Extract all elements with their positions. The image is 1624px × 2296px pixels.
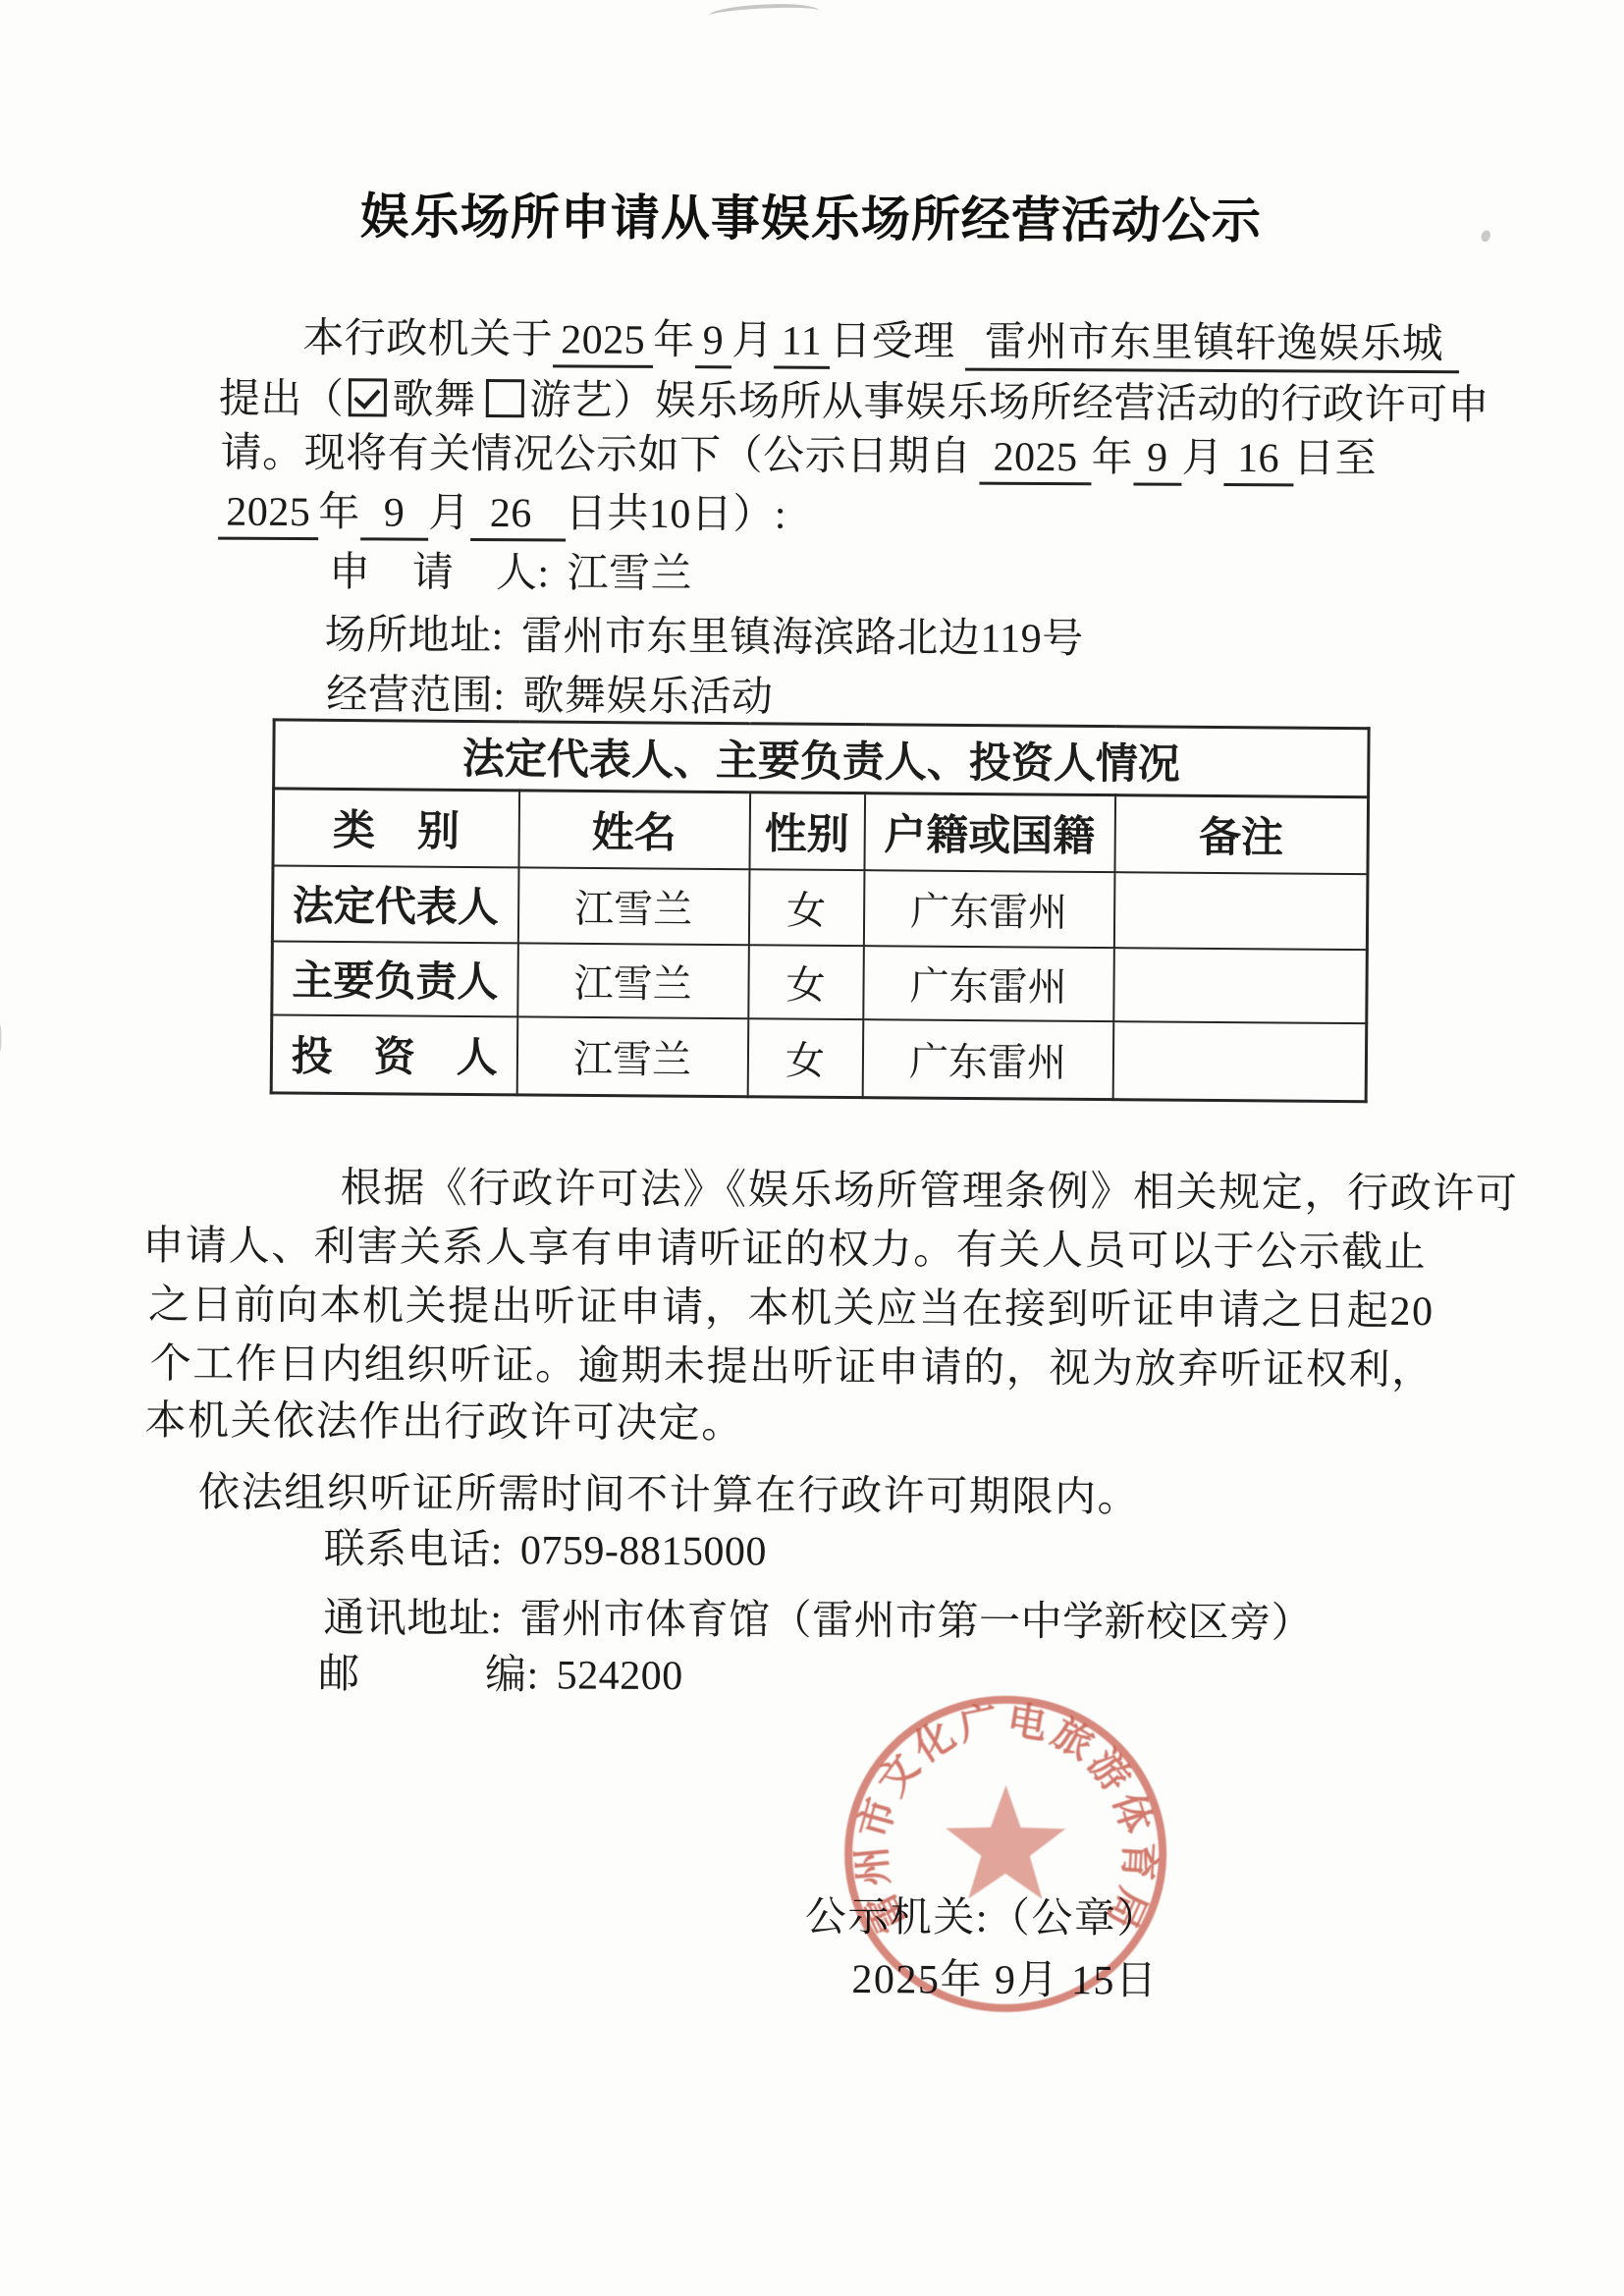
row-note (1113, 872, 1368, 950)
accept-month: 9 (695, 318, 732, 368)
row-gender: 女 (748, 869, 864, 946)
line2-post: ）娱乐场所从事娱乐场所经营活动的行政许可申 (613, 379, 1489, 429)
publish-end-month: 9 (360, 490, 429, 540)
row-origin: 广东雷州 (863, 870, 1114, 948)
field-address: 场所地址:雷州市东里镇海滨路北边119号 (324, 605, 1083, 670)
scan-artifact (0, 1021, 2, 1055)
row-name: 江雪兰 (516, 1016, 748, 1097)
line4-post: 日共10日）: (566, 491, 786, 537)
row-gender: 女 (747, 1018, 863, 1098)
page-title: 娱乐场所申请从事娱乐场所经营活动公示 (0, 175, 1623, 254)
scan-artifact (709, 2, 820, 25)
phone-value: 0759-8815000 (520, 1520, 767, 1582)
para1-line3: 请。现将有关情况公示如下（公示日期自2025年9月16日至 (220, 423, 1377, 490)
accept-day: 11 (774, 319, 831, 369)
option-singing-label: 歌舞 (392, 378, 475, 423)
line3-post: 日至 (1293, 436, 1377, 481)
unit-year3: 年 (318, 490, 360, 535)
line2-pre: 提出（ (219, 377, 345, 423)
persons-table: 法定代表人、主要负责人、投资人情况 类 别 姓名 性别 户籍或国籍 备注 法定代… (270, 718, 1371, 1103)
publish-start-year: 2025 (979, 435, 1091, 486)
scope-value: 歌舞娱乐活动 (522, 666, 773, 728)
unit-year2: 年 (1091, 435, 1133, 480)
row-origin: 广东雷州 (862, 1019, 1113, 1100)
publish-end-day: 26 (470, 491, 566, 542)
field-applicant: 申 请 人:江雪兰 (329, 542, 693, 605)
official-seal-stamp-icon: 雷州市文化广电旅游体育局 (832, 1688, 1179, 2026)
zip-label: 邮 编: (318, 1644, 539, 1706)
row-note (1113, 948, 1368, 1023)
para2-line2: 申请人、利害关系人享有申请听证的权力。有关人员可以于公示截止 (142, 1216, 1427, 1284)
unit-year: 年 (653, 318, 695, 363)
table-row: 投 资 人 江雪兰 女 广东雷州 (271, 1014, 1367, 1102)
col-header-name: 姓名 (518, 791, 750, 869)
table-row: 主要负责人 江雪兰 女 广东雷州 (272, 941, 1368, 1023)
option-games-label: 游艺 (529, 378, 613, 423)
col-header-category: 类 别 (273, 789, 519, 867)
publish-start-day: 16 (1223, 436, 1293, 486)
line3-pre: 请。现将有关情况公示如下（公示日期自 (220, 431, 971, 480)
document-content: 娱乐场所申请从事娱乐场所经营活动公示 本行政机关于2025年9月11日受理雷州市… (0, 0, 1624, 2296)
accept-verb: 日受理 (830, 319, 955, 365)
publish-end-year: 2025 (218, 490, 318, 541)
col-header-note: 备注 (1114, 795, 1369, 874)
phone-label: 联系电话: (324, 1519, 503, 1581)
check-mark-icon (353, 382, 380, 410)
accept-year: 2025 (553, 317, 653, 368)
applicant-value: 江雪兰 (567, 543, 692, 605)
table-title: 法定代表人、主要负责人、投资人情况 (274, 720, 1370, 797)
col-header-gender: 性别 (749, 793, 865, 870)
scope-label: 经营范围: (326, 665, 505, 727)
row-name: 江雪兰 (517, 867, 749, 945)
contact-zip: 邮 编:524200 (318, 1644, 683, 1707)
checkbox-singing-checked-icon (348, 378, 386, 416)
document-page: 娱乐场所申请从事娱乐场所经营活动公示 本行政机关于2025年9月11日受理雷州市… (0, 0, 1624, 2296)
mail-label: 通讯地址: (323, 1588, 502, 1650)
unit-month2: 月 (1181, 436, 1223, 481)
unit-month: 月 (731, 318, 774, 363)
row-name: 江雪兰 (517, 943, 749, 1018)
col-header-origin: 户籍或国籍 (864, 793, 1115, 872)
publish-start-month: 9 (1133, 435, 1182, 485)
para1-line4: 2025年9月26日共10日）: (218, 482, 786, 546)
zip-value: 524200 (557, 1645, 683, 1707)
para2-line5: 本机关依法作出行政许可决定。 (144, 1391, 744, 1454)
table-row: 法定代表人 江雪兰 女 广东雷州 (272, 865, 1368, 950)
row-category: 主要负责人 (272, 941, 518, 1016)
seal-star-icon (946, 1784, 1065, 1898)
address-label: 场所地址: (324, 605, 503, 667)
row-category: 投 资 人 (271, 1014, 517, 1095)
applicant-org-name: 雷州市东里镇轩逸娱乐城 (965, 320, 1460, 374)
row-origin: 广东雷州 (863, 946, 1114, 1021)
address-value: 雷州市东里镇海滨路北边119号 (521, 606, 1084, 670)
unit-month3: 月 (428, 491, 470, 536)
row-note (1112, 1021, 1367, 1102)
contact-phone: 联系电话:0759-8815000 (324, 1519, 767, 1582)
row-category: 法定代表人 (272, 865, 518, 943)
checkbox-games-unchecked-icon (485, 379, 523, 417)
mail-value: 雷州市体育馆（雷州市第一中学新校区旁） (519, 1589, 1313, 1654)
para2-line3: 之日前向本机关提出听证申请，本机关应当在接到听证申请之日起20 (148, 1275, 1435, 1342)
applicant-label: 申 请 人: (329, 542, 550, 604)
para1-intro: 本行政机关于 (224, 316, 553, 363)
para2-line1: 根据《行政许可法》《娱乐场所管理条例》相关规定，行政许可 (341, 1158, 1519, 1225)
row-gender: 女 (748, 945, 864, 1019)
para1-line1: 本行政机关于2025年9月11日受理雷州市东里镇轩逸娱乐城 (224, 308, 1459, 376)
